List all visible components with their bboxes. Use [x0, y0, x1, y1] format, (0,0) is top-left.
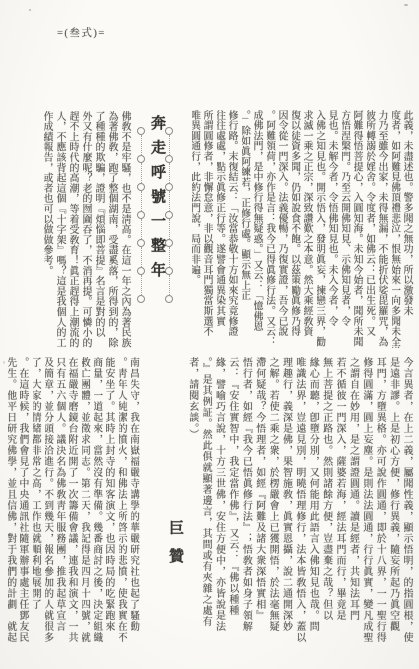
scan-speck — [29, 9, 31, 11]
text-column: 求滅一乘之正宗，深致讚歎之本意。然大乘經敎資 — [304, 110, 314, 348]
dotted-connector — [169, 275, 170, 295]
text-column: 修行路。末復結云：「汝當恭敬十方如來究竟修證 — [229, 110, 239, 348]
text-column: 。」除如眞阿練若，正修行處。顯示無上正 — [242, 110, 252, 348]
text-column: 度者，如阿難見佛頂禮悲泣，恨無始來一向多聞未全道 — [392, 110, 402, 348]
text-column: 復以徒資多聞，仍如說食不飽。以茲策勵眞修乃得 — [292, 110, 302, 348]
text-column: 。在這時候，我們會見了中央通訊社隨軍辦事處主任鄧友民 — [20, 357, 30, 660]
text-column: 了種種的欺騙，證明『煩惱即菩提』名言是對的以 — [96, 111, 106, 349]
text-column: 入佛之知見也。開示悟入，發明眞妄，揀戀三界，勸 — [317, 110, 327, 348]
scan-speck — [3, 361, 5, 364]
text-column: 所謂圓修者，非懈怠意，非以觀音耳門獨當斯選不 — [204, 110, 214, 348]
text-column: 南昌失守，我在南嶽福嚴寺講學的華嚴研究社也起了騷動 — [131, 357, 141, 660]
circle-emphasis-mark — [165, 295, 173, 303]
text-column: 作成績報告，或者也可以做做參考。 — [44, 111, 54, 349]
bottom-register-article-body: 南昌失守，我在南嶽福嚴寺講學的華嚴研究社也起了騷動。靑年人純潔的憤火，和佛法上所… — [8, 357, 140, 660]
text-column: 為著佛敎，跑了整個湖南，受盡奚落，所得到的，除 — [109, 111, 119, 349]
dotted-connector — [141, 247, 142, 267]
page-number-marker: =(叁式)= — [57, 25, 106, 40]
text-column: 只有五六個人。議決名為佛敎靑年服務團，推我起草宣言 — [57, 357, 67, 660]
dotted-connector — [141, 275, 142, 295]
scan-speck — [404, 4, 408, 6]
text-column: 先生。他平日研究佛學，並且信佛，對于我們的計劃 就起 — [8, 357, 18, 660]
text-column: 人，不應該背起這個『十字架』嗎？這是我個人的工 — [57, 111, 67, 349]
dotted-connector — [141, 135, 142, 155]
text-column: 唯異圓通行，此約法門說，局而非遍。 — [192, 110, 202, 348]
text-column: 佛敎不是牢騷，也不是淸高。在這一年之內為著民族 — [122, 111, 132, 349]
text-column: 理趣行，義深是佛，果智施敎，眞實恩攝，說二通開深妙 — [283, 357, 294, 660]
text-column: 在福嚴寺磨鏡台附近開了一次籌備會議，連我和演文，一共 — [69, 357, 79, 660]
text-column: 外又有什麼呢？老的囫圇吞了，不消再提。可憐小的 — [83, 111, 93, 349]
top-register-article-intro: 佛敎不是牢騷，也不是淸高。在這一年之內為著民族為著佛敎，跑了整個湖南，受盡奚落，… — [44, 111, 132, 349]
text-column: 商量，一道起來，當然沒有準備。幾番商討之後，決定組織 — [94, 357, 104, 660]
text-column: 。』是其例証。然此俱就顯著邊言，其間或有夾雜之處有 — [203, 357, 214, 660]
text-column: 無上菩提之正路也。然則諸餘方便，豈盡棄之哉？但以 — [323, 357, 334, 660]
text-column: 滯何疑哉？今悟理者，如經『阿難及諸大衆深悟實相』 — [256, 357, 267, 660]
text-column: 。靑年人純潔的憤火，和佛法上所啓示的悲憤，使我實在不 — [119, 357, 129, 660]
top-register-previous-article: 此義，未盡述也。警多聞之無功，所以激發未度者，如阿難見佛頂禮悲泣，恨無始來一向多… — [192, 110, 415, 348]
text-column: 救亡團體，並徵求同志。第二天，我記得是四月十四號，就 — [82, 357, 92, 660]
text-column: 修得圓滿，圓上妄塵。是則法法圓通，行行眞實，變凡成聖 — [363, 357, 374, 660]
title-emphasis-rail-left — [137, 127, 145, 303]
text-column: 力乃至雖今出家，未得無漏，不能折伏娑毘羅咒，為 — [379, 110, 389, 348]
text-column: 趕不上時代的高潮，等着受敎育！眞正趕得上潮流的 — [70, 111, 80, 349]
author-byline: 巨贊 — [165, 520, 186, 576]
text-column: 今言異者，在上二義，屬聞性義，顯示悟明，的指圓根，使 — [404, 357, 415, 660]
scanned-book-page: =(叁式)= 此義，未盡述也。警多聞之無功，所以激發未度者，如阿難見佛頂禮悲泣，… — [0, 0, 419, 669]
text-column: 及簡章，並分頭接洽進行。不到幾天，報名參加的人就很多 — [45, 357, 55, 660]
dotted-connector — [141, 163, 142, 183]
article-title-band: 奔走呼號一整年 — [136, 112, 174, 308]
circle-emphasis-mark — [137, 239, 145, 247]
text-column: 之謂自在妙用，是之謂證圓通。讀是經者，共知法耳門 — [350, 357, 361, 660]
article-title: 奔走呼號一整年 — [147, 115, 168, 287]
text-column: 成佛法門，是中修行得無疑惑。」又云：「憶佛恩 — [254, 110, 264, 348]
text-column: 悟行者，如經『我今已悟眞修行法』；悟敎者如身子領解 — [243, 357, 254, 660]
text-column: 之解。若使二乘之衆，於楞嚴會上已獲開悟，於法毫無疑 — [270, 357, 281, 660]
text-column: 了，大家的情緒都非常之高，工作也就順利地展開了 — [33, 357, 43, 660]
text-column: 云：『安住實智中，我定當作佛』，又云：『佛以種種 — [229, 357, 240, 660]
text-column: 唯識法界，豈遠見別，明曉悟理修行，法本皆敎悟入，蓋以 — [296, 357, 307, 660]
dotted-connector — [141, 191, 142, 211]
circle-emphasis-mark — [137, 155, 145, 163]
text-column: 者，請閱玄談。） — [189, 357, 200, 660]
text-column: 方悟涅槃門。乃至云開佛知見、示佛知見者，令 — [342, 110, 352, 348]
text-column: 此義，未盡述也。警多聞之無功，所以激發未 — [404, 110, 414, 348]
text-column: 見也。未解今者，令悟佛知見也。未入今者，令 — [329, 110, 339, 348]
text-column: 緣，譬喻巧言說，十方三世佛，安住方便中，亦皆說是法 — [216, 357, 227, 660]
circle-emphasis-mark — [137, 127, 145, 135]
text-column: 因令從一門深入。法義優暢，乃復實證，吾今已說 — [279, 110, 289, 348]
circle-emphasis-mark — [137, 295, 145, 303]
dotted-connector — [141, 219, 142, 239]
text-column: 是遠非謬。上是初心方便，修行異義，隨妄所起乃眞空觀 — [390, 357, 401, 660]
dotted-connector — [169, 135, 170, 155]
circle-emphasis-mark — [137, 267, 145, 275]
text-column: 彼所轉溺於婬舍。令度者，如佛云：已出生死。又 — [367, 110, 377, 348]
text-column: 耳門，方墮異格。亦可說作圓通，即於十八界，一一聖行得 — [377, 357, 388, 660]
text-column: 往往處處，點示眞修正行等。遂譬會通異染其實 — [217, 110, 227, 348]
circle-emphasis-mark — [137, 183, 145, 191]
bottom-register-previous-article: 今言異者，在上二義，屬聞性義，顯示悟明，的指圓根，使是遠非謬。上是初心方便，修行… — [189, 357, 414, 660]
dotted-connector — [169, 163, 170, 183]
text-column: 。阿難領荷，亦作是言：我今已得眞修行法。又云： — [267, 110, 277, 348]
dotted-connector — [169, 219, 170, 239]
text-column: 阿難得悟菩提心，入圓知海。未知今始者，聞所未聞 — [354, 110, 364, 348]
dotted-connector — [169, 191, 170, 211]
circle-emphasis-mark — [137, 211, 145, 219]
text-column: 能安坐了。其時上封寺的知客演文，也因時局的吃緊跑來 — [106, 357, 116, 660]
dotted-connector — [169, 247, 170, 267]
text-column: 緣心而聽，卽墮分別，又何能用此語言入佛知見也哉。問 — [310, 357, 321, 660]
text-column: 若不循彼一門深入，薩婆若海，經法耳門而行，畢竟是 — [337, 357, 348, 660]
